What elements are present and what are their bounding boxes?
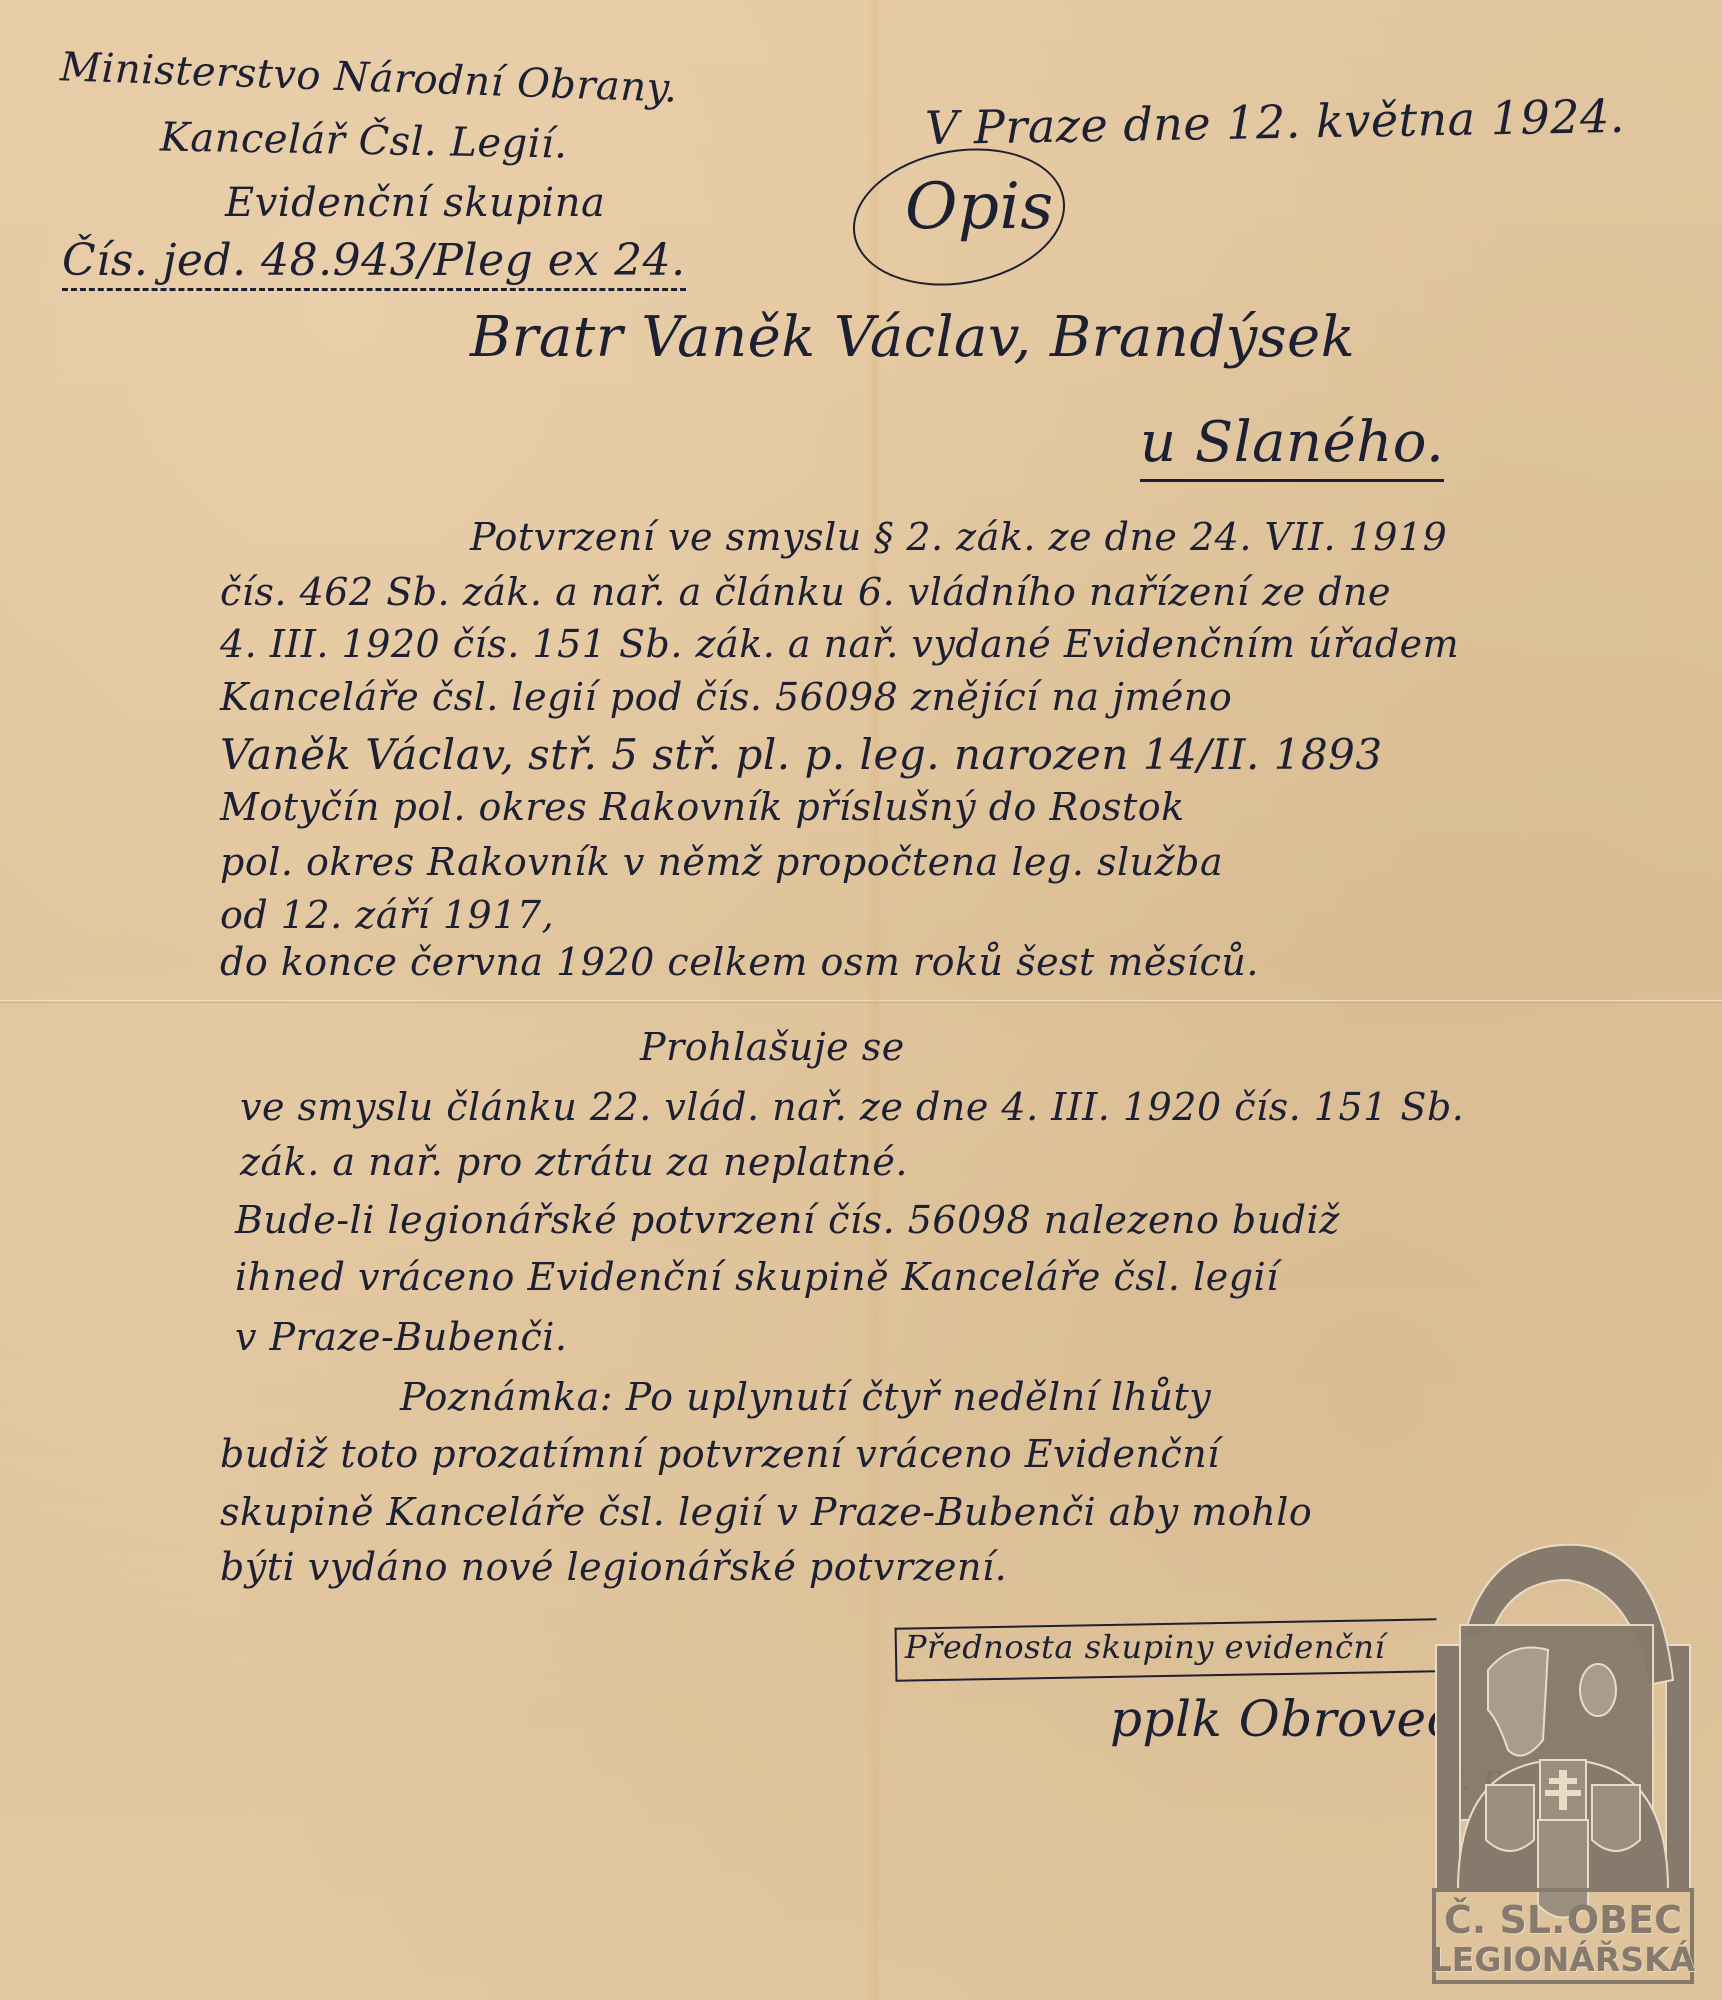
signature-name: pplk Obrovec bbox=[1110, 1690, 1455, 1748]
header-reference: Čís. jed. 48.943/Pleg ex 24. bbox=[62, 235, 686, 286]
opis-label: Opis bbox=[905, 170, 1054, 244]
body-line: Potvrzení ve smyslu § 2. zák. ze dne 24.… bbox=[470, 515, 1447, 559]
body-line: Vaněk Václav, stř. 5 stř. pl. p. leg. na… bbox=[220, 730, 1383, 779]
body-line: Bude-li legionářské potvrzení čís. 56098… bbox=[235, 1198, 1340, 1242]
note-line: Poznámka: Po uplynutí čtyř nedělní lhůty bbox=[400, 1375, 1211, 1419]
header-office: Kancelář Čsl. Legií. bbox=[160, 114, 568, 167]
addressee-place: u Slaného. bbox=[1140, 410, 1444, 475]
body-line: ve smyslu článku 22. vlád. nař. ze dne 4… bbox=[240, 1085, 1464, 1129]
body-line: Kanceláře čsl. legií pod čís. 56098 zněj… bbox=[220, 675, 1232, 719]
horizontal-fold-line bbox=[0, 1000, 1722, 1003]
header-ministry: Ministerstvo Národní Obrany. bbox=[59, 44, 678, 112]
body-line: Motyčín pol. okres Rakovník příslušný do… bbox=[220, 785, 1185, 829]
addressee-name: Bratr Vaněk Václav, Brandýsek bbox=[470, 305, 1355, 370]
body-line: 4. III. 1920 čís. 151 Sb. zák. a nař. vy… bbox=[220, 622, 1459, 666]
header-group: Evidenční skupina bbox=[225, 180, 605, 226]
note-line: budiž toto prozatímní potvrzení vráceno … bbox=[220, 1432, 1220, 1476]
logo-text-legionarska: LEGIONÁŘSKÁ bbox=[1418, 1940, 1708, 1979]
body-line: do konce června 1920 celkem osm roků šes… bbox=[220, 940, 1259, 984]
vertical-fold-line bbox=[868, 0, 882, 2000]
signature-title: Přednosta skupiny evidenční bbox=[905, 1628, 1385, 1666]
body-line: ihned vráceno Evidenční skupině Kancelář… bbox=[235, 1255, 1279, 1299]
reference-number: Čís. jed. 48.943/Pleg ex 24. bbox=[62, 235, 686, 291]
note-line: býti vydáno nové legionářské potvrzení. bbox=[220, 1545, 1007, 1589]
note-line: skupině Kanceláře čsl. legií v Praze-Bub… bbox=[220, 1490, 1312, 1534]
body-line: od 12. září 1917, bbox=[220, 893, 554, 937]
legion-logo-watermark: Č. SL. OBEC LEGIONÁŘSKÁ bbox=[1418, 1520, 1708, 1990]
place-date: V Praze dne 12. května 1924. bbox=[925, 89, 1626, 155]
body-line: čís. 462 Sb. zák. a nař. a článku 6. vlá… bbox=[220, 570, 1391, 614]
body-line: pol. okres Rakovník v němž propočtena le… bbox=[220, 840, 1223, 884]
body-line: zák. a nař. pro ztrátu za neplatné. bbox=[240, 1140, 908, 1184]
declaration-title: Prohlašuje se bbox=[640, 1025, 905, 1069]
logo-text-obec: OBEC bbox=[1567, 1898, 1682, 1942]
body-line: v Praze-Bubenči. bbox=[235, 1315, 567, 1359]
document-page: Ministerstvo Národní Obrany. Kancelář Čs… bbox=[0, 0, 1722, 2000]
